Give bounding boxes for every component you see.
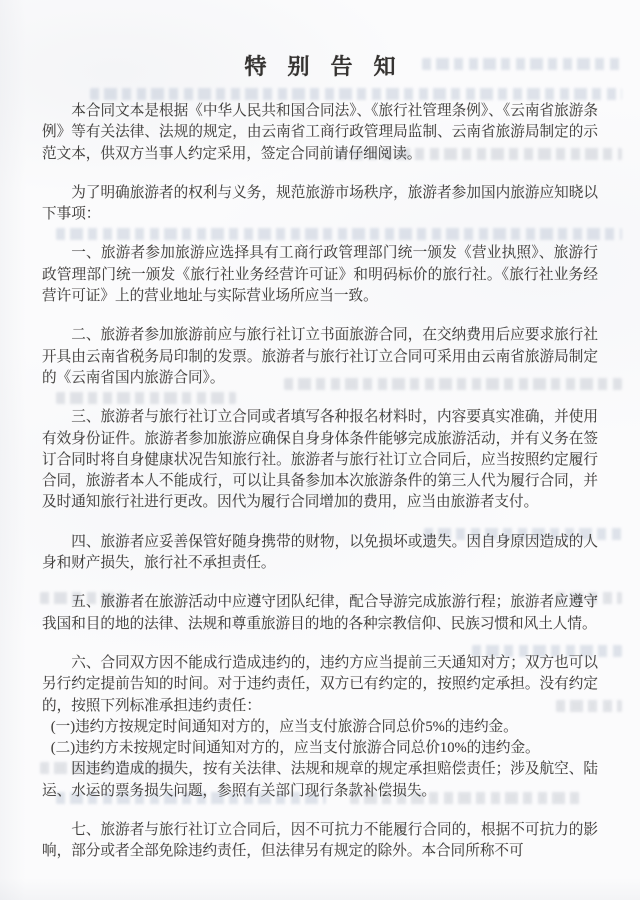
scanned-document-page: 特别告知 本合同文本是根据《中华人民共和国合同法》、《旅行社管理条例》、《云南省… [0, 0, 640, 900]
intro-paragraph-1: 本合同文本是根据《中华人民共和国合同法》、《旅行社管理条例》、《云南省旅游条例》… [42, 101, 598, 165]
notice-item-6: 六、合同双方因不能成行造成违约的，违约方应当提前三天通知对方；双方也可以另行约定… [42, 653, 598, 717]
notice-item-3: 三、旅游者与旅行社订立合同或者填写各种报名材料时，内容要真实准确，并使用有效身份… [42, 407, 598, 513]
notice-item-7: 七、旅游者与旅行社订立合同后，因不可抗力不能履行合同的，根据不可抗力的影响，部分… [42, 820, 598, 863]
intro-paragraph-2: 为了明确旅游者的权利与义务，规范旅游市场秩序，旅游者参加国内旅游应知晓以下事项： [42, 183, 598, 226]
notice-item-4: 四、旅游者应妥善保管好随身携带的财物，以免损坏或遗失。因自身原因造成的人身和财产… [42, 532, 598, 575]
bleedthrough-line [90, 88, 622, 100]
notice-item-5: 五、旅游者在旅游活动中应遵守团队纪律，配合导游完成旅游行程；旅游者应遵守我国和目… [42, 592, 598, 635]
notice-item-2: 二、旅游者参加旅游前应与旅行社订立书面旅游合同，在交纳费用后应要求旅行社开具由云… [42, 325, 598, 389]
document-body: 本合同文本是根据《中华人民共和国合同法》、《旅行社管理条例》、《云南省旅游条例》… [0, 101, 640, 863]
notice-subitem-6-2: (二)违约方未按规定时间通知对方的，应当支付旅游合同总价10%的违约金。 [42, 738, 598, 759]
notice-subitem-6-1: (一)违约方按规定时间通知对方的，应当支付旅游合同总价5%的违约金。 [42, 717, 598, 738]
page-title: 特别告知 [0, 0, 640, 80]
notice-item-1: 一、旅游者参加旅游应选择具有工商行政管理部门统一颁发《营业执照》、旅游行政管理部… [42, 243, 598, 307]
notice-subitem-6-3: 因违约造成的损失，按有关法律、法规和规章的规定承担赔偿责任；涉及航空、陆运、水运… [42, 759, 598, 802]
